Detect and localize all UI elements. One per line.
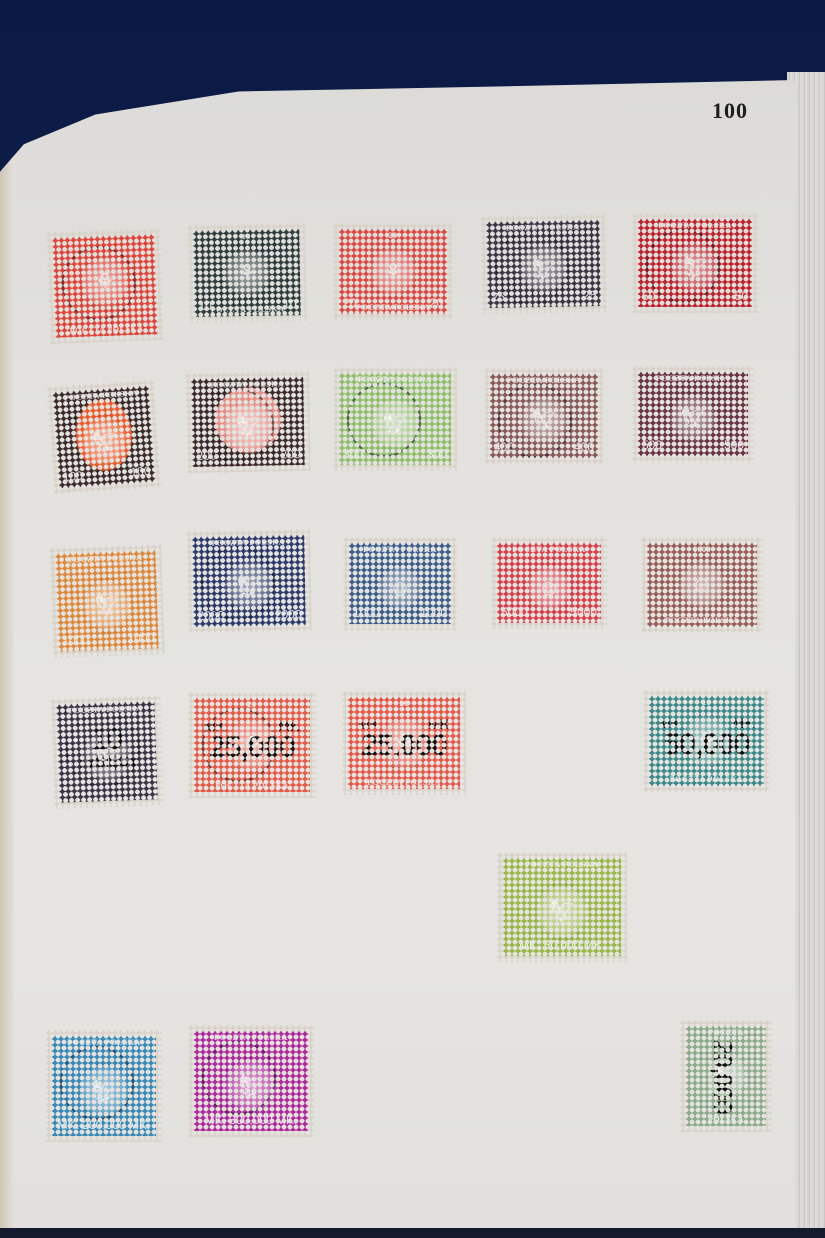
eagle-emblem-icon: 🦅︎ — [80, 411, 128, 472]
stamp-top-label: POCZTA POLSKA — [68, 551, 142, 567]
stamp-top-label: POCZTA POLSKA — [211, 535, 285, 549]
eagle-emblem-icon: 🦅︎ — [517, 242, 570, 294]
stamp-overprint: MKMK50,000 — [649, 716, 764, 760]
stamp: POCZTA POLSKA🦅︎20002000 — [186, 529, 312, 633]
eagle-emblem-icon: 🦅︎ — [369, 396, 421, 451]
stamp-denomination: 2020 — [343, 296, 443, 310]
stamp-face: POCZTA🦅︎POLSKA20,000 — [686, 1026, 766, 1126]
stamp-overprint: MKMK25,000 — [348, 717, 460, 761]
stamp-denomination: 200200 — [196, 447, 300, 463]
stamp: 10⚘POCZTA POLSKA1010 — [187, 223, 307, 323]
stamp-overprint: 20,000 — [710, 1040, 736, 1114]
stamp: 20⚘POCZTA POLSKAMKMK25,000 — [342, 691, 466, 795]
stamp-denomination: 500500 — [642, 438, 744, 452]
stamp-top-label: 10 — [242, 230, 251, 243]
stamp-face: POCZTA POLSKA🦅︎2525 — [486, 220, 600, 308]
stamp-overprint: 10TYSIĘCY — [57, 723, 157, 772]
sower-figure-icon: ⚘ — [80, 251, 129, 313]
stamp-denomination: MK. 300,000 MK. — [198, 1113, 304, 1127]
stamp-face: POCZTA POLSKA🦅︎MK. 300,000 MK. — [194, 1031, 308, 1131]
stamp: 6000☺POCZTA POLSKA — [641, 537, 763, 633]
stamp-top-label: 20 — [400, 697, 409, 710]
stamp: POCZTA POLSKA☺50005000 — [491, 537, 607, 629]
stamp-top-label: POCZTA POLSKA — [506, 220, 580, 234]
stamp-denomination: 50005000 — [501, 605, 597, 619]
stamp: POCZTA POLSKA☺10001000 — [343, 537, 457, 630]
stamp: POCZTA POLSKA🦅︎10TYSIĘCY — [50, 695, 164, 809]
stamp-bottom-label: POCZTA POLSKA — [367, 776, 441, 789]
stamp: 20⚘POCZTA POLSKA2020 — [333, 223, 453, 320]
stamp: POCZTA POLSKA🦅︎100100 — [46, 379, 161, 494]
stamp-top-label: POCZTA POLSKA — [68, 702, 142, 718]
stamp-face: 10⚘POCZTA POLSKAMKMK50,000 — [649, 696, 764, 786]
stamp: POCZTA POLSKA🦅︎2525 — [480, 214, 607, 314]
stamp-face: POCZTA POLSKA🦅︎300300 — [339, 373, 451, 465]
eagle-emblem-icon: 🦅︎ — [225, 1056, 277, 1116]
stamp: POCZTA POLSKA🦅︎300300 — [333, 367, 457, 471]
stamp-face: POCZTA POLSKA🦅︎20002000 — [192, 535, 306, 627]
stamp: POCZTA POLSKA🦅︎10001000 — [49, 544, 165, 658]
stamp-top-label: POCZTA POLSKA — [658, 219, 732, 232]
sower-figure-icon: ⚘ — [368, 246, 418, 297]
stamp-top-label: POCZTA POLSKA — [512, 543, 586, 556]
stamp: POCZTA🦅︎POLSKA20,000 — [680, 1020, 772, 1132]
stamp: POCZTA POLSKA🦅︎MK. 200,000 MK. — [46, 1030, 162, 1142]
stamp-top-label: POCZTA POLSKA — [656, 372, 730, 385]
stamp-face: POCZTA POLSKA🦅︎500500 — [638, 372, 748, 456]
stamp-face: POCZTA POLSKA🦅︎MK. 200,000 MK. — [52, 1036, 156, 1136]
stamp-denomination: 20002000 — [197, 607, 301, 623]
stamp-bottom-label: POCZTA POLSKA — [215, 779, 289, 792]
stamp-denomination: 5050 — [642, 289, 748, 303]
page-number: 100 — [712, 98, 748, 124]
portrait-icon: ☺ — [377, 564, 424, 613]
stamp-face: 20⚘POCZTA POLSKAMKMK25,000 — [194, 698, 310, 792]
stamp-top-label: 20 — [248, 698, 257, 711]
stamp-face: POCZTA POLSKA☺10001000 — [349, 543, 451, 624]
stamp-face: 10⚘POCZTA POLSKA1010 — [193, 229, 300, 317]
eagle-emblem-icon: 🦅︎ — [668, 393, 719, 443]
stamp-face: 20⚘POCZTA POLSKA2020 — [339, 229, 447, 314]
stamp: POCZTA POLSKA🦅︎500500 — [632, 366, 754, 462]
sower-figure-icon: ⚘ — [222, 247, 272, 299]
stamp-denomination: 10001000 — [62, 630, 154, 647]
stamp-face: POCZTA POLSKA🦅︎MK. 50,000 MK. — [503, 858, 621, 956]
eagle-emblem-icon: 🦅︎ — [83, 575, 131, 635]
stamp-bottom-label: POLSKA — [708, 1113, 744, 1126]
stamp: POCZTA POLSKA🦅︎400400 — [484, 368, 604, 464]
stamp-face: POCZTA POLSKA🦅︎100100 — [53, 386, 155, 488]
stamp-top-label: POCZTA POLSKA — [214, 1031, 288, 1044]
stamp-face: POCZTA POLSKA🦅︎200200 — [191, 377, 305, 467]
stamp-overprint: MKMK25,000 — [194, 719, 310, 763]
stamp-face: ⚘POCZTA POLSKA — [52, 234, 157, 337]
eagle-emblem-icon: 🦅︎ — [669, 241, 721, 294]
portrait-icon: ☺ — [677, 560, 728, 610]
eagle-emblem-icon: 🦅︎ — [519, 395, 569, 445]
stamp-bottom-label: POCZTA POLSKA — [670, 773, 744, 786]
stamp: POCZTA POLSKA🦅︎5050 — [632, 213, 758, 313]
stamp-denomination: MK. 50,000 MK. — [507, 938, 617, 952]
stamp-face: POCZTA POLSKA☺50005000 — [497, 543, 601, 623]
stamp-top-label: POCZTA POLSKA — [358, 373, 432, 386]
stamp-denomination: MK. 200,000 MK. — [56, 1118, 152, 1132]
stamp-bottom-label: POCZTA POLSKA — [665, 614, 739, 627]
stamp-face: 6000☺POCZTA POLSKA — [647, 543, 757, 627]
stamp: POCZTA POLSKA🦅︎200200 — [185, 371, 311, 473]
stamp-denomination: 2525 — [491, 288, 596, 304]
stamp-top-label: POCZTA POLSKA — [363, 543, 437, 556]
stamp: POCZTA POLSKA🦅︎MK. 50,000 MK. — [497, 852, 627, 962]
stamp-denomination: 10001000 — [353, 606, 447, 620]
stamp-face: POCZTA POLSKA🦅︎10001000 — [55, 550, 158, 651]
stamp: 20⚘POCZTA POLSKAMKMK25,000 — [188, 692, 316, 798]
stamp-top-label: POCZTA POLSKA — [525, 858, 599, 871]
eagle-emblem-icon: 🦅︎ — [535, 882, 589, 941]
stamp: ⚘POCZTA POLSKA — [46, 228, 164, 344]
eagle-emblem-icon: 🦅︎ — [80, 1061, 128, 1121]
stamp: 10⚘POCZTA POLSKAMKMK50,000 — [643, 690, 770, 792]
stamp-denomination: 300300 — [343, 447, 447, 461]
stamp-top-label: 10 — [702, 696, 711, 709]
stamp: POCZTA POLSKA🦅︎MK. 300,000 MK. — [188, 1025, 314, 1137]
stamp-top-label: 6000 — [693, 543, 711, 556]
stamp-top-label: 20 — [389, 229, 398, 242]
stamp-top-label: POCZTA POLSKA — [210, 377, 284, 391]
eagle-emblem-icon: 🦅︎ — [223, 558, 275, 613]
stamp-bottom-label: POCZTA POLSKA — [69, 322, 143, 338]
table-surface — [0, 1228, 825, 1238]
stamp-face: POCZTA POLSKA🦅︎400400 — [490, 374, 598, 458]
stamp-denomination: 1010 — [198, 297, 296, 313]
stamp-denomination: 400400 — [494, 440, 594, 454]
stamp-face: POCZTA POLSKA🦅︎10TYSIĘCY — [56, 701, 157, 802]
stamp-face: 20⚘POCZTA POLSKAMKMK25,000 — [348, 697, 460, 789]
stamp-denomination: 100100 — [62, 464, 151, 484]
stamp-face: POCZTA POLSKA🦅︎5050 — [638, 219, 752, 307]
stamp-top-label: POCZTA POLSKA — [67, 1036, 141, 1049]
stamp-top-label: POCZTA POLSKA — [64, 387, 138, 405]
stamp-top-label: POCZTA POLSKA — [507, 374, 581, 387]
eagle-emblem-icon: 🦅︎ — [222, 400, 274, 454]
stamp-top-label: POCZTA — [708, 1026, 744, 1039]
